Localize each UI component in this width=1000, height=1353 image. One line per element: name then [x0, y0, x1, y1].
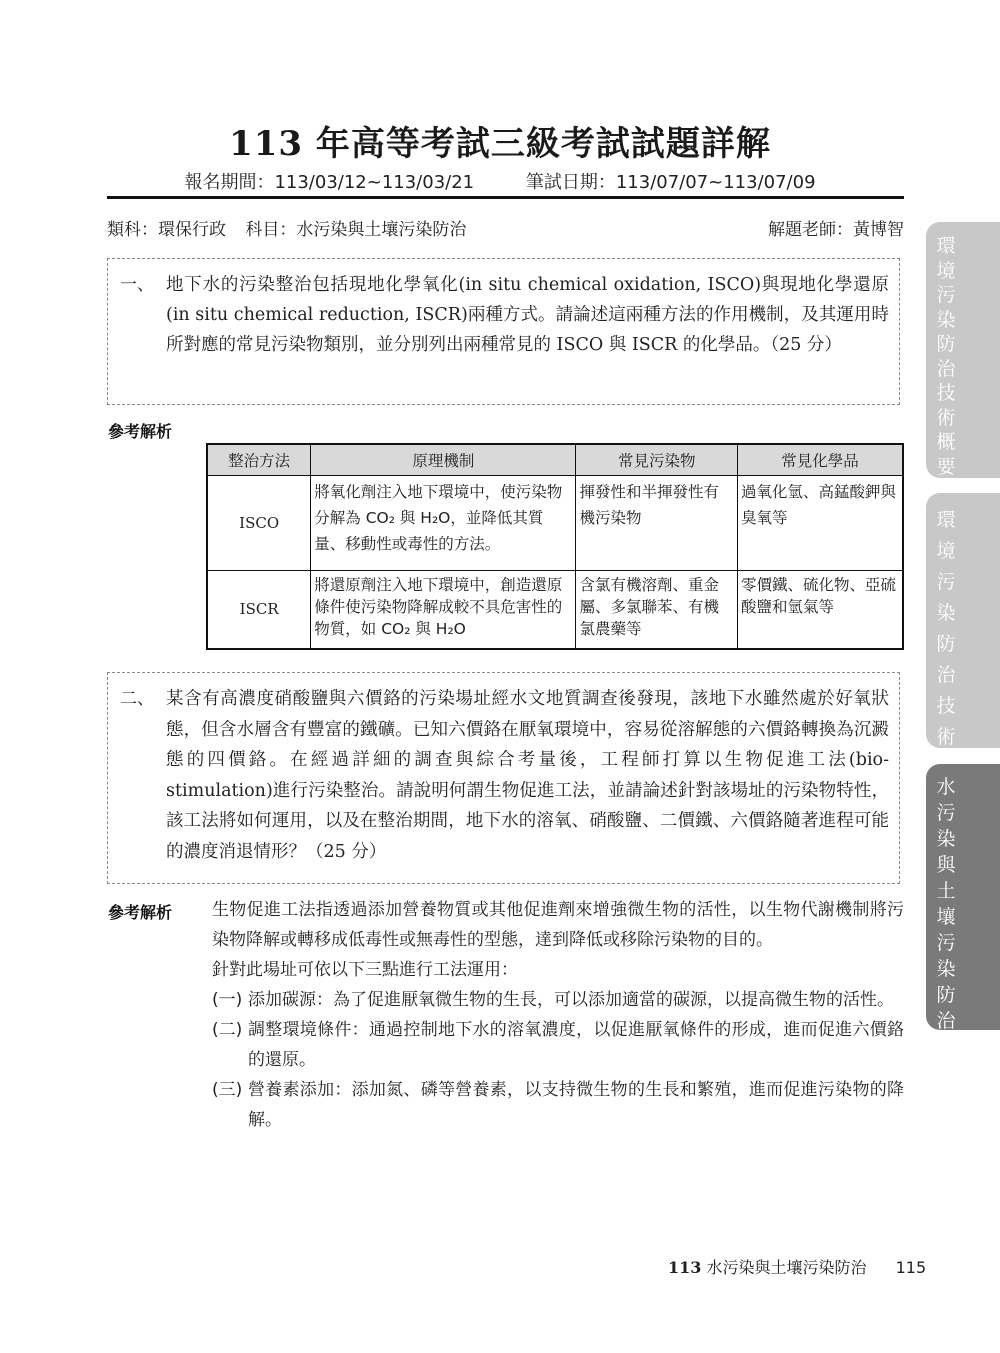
chapter-tab-technology-overview[interactable]: 環境污染防治技術概要 [926, 222, 1000, 478]
answer-intro: 生物促進工法指透過添加營養物質或其他促進劑來增強微生物的活性，以生物代謝機制將污… [212, 895, 904, 955]
question-1-box: 一、 地下水的污染整治包括現地化學氧化(in situ chemical oxi… [107, 258, 900, 405]
answer-list-item: (二) 調整環境條件：通過控制地下水的溶氧濃度，以促進厭氧條件的形成，進而促進六… [212, 1015, 904, 1075]
question-number: 二、 [120, 684, 154, 709]
mechanism-cell: 將還原劑注入地下環境中，創造還原條件使污染物降解成較不具危害性的物質，如 CO₂… [311, 571, 576, 649]
pollutants-cell: 含氯有機溶劑、重金屬、多氯聯苯、有機氯農藥等 [576, 571, 738, 649]
title-divider [107, 196, 904, 199]
list-text: 調整環境條件：通過控制地下水的溶氧濃度，以促進厭氧條件的形成，進而促進六價鉻的還… [248, 1020, 904, 1070]
mechanism-cell: 將氧化劑注入地下環境中，使污染物分解為 CO₂ 與 H₂O，並降低其質量、移動性… [311, 476, 576, 571]
teacher: 解題老師：黃博智 [768, 215, 904, 240]
question-number: 一、 [120, 270, 154, 295]
list-marker: (二) [212, 1015, 242, 1045]
pollutants-cell: 揮發性和半揮發性有機污染物 [576, 476, 738, 571]
table-row: ISCR 將還原劑注入地下環境中，創造還原條件使污染物降解成較不具危害性的物質，… [207, 571, 903, 649]
column-header: 常見污染物 [576, 444, 738, 476]
list-text: 添加碳源：為了促進厭氧微生物的生長，可以添加適當的碳源，以提高微生物的活性。 [248, 990, 894, 1010]
chemicals-cell: 零價鐵、硫化物、亞硫酸鹽和氫氣等 [737, 571, 903, 649]
answer-body: 生物促進工法指透過添加營養物質或其他促進劑來增強微生物的活性，以生物代謝機制將污… [212, 895, 904, 1135]
page-title: 113 年高等考試三級考試試題詳解 [0, 116, 1000, 165]
answer-list-item: (三) 營養素添加：添加氮、磷等營養素，以支持微生物的生長和繁殖，進而促進污染物… [212, 1075, 904, 1135]
column-header: 整治方法 [207, 444, 311, 476]
question-text: 地下水的污染整治包括現地化學氧化(in situ chemical oxidat… [166, 270, 889, 360]
chapter-tab-technology[interactable]: 環境污染防治技術 [926, 493, 1000, 748]
chapter-tab-water-soil-pollution[interactable]: 水污染與土壤污染防治 [926, 764, 1000, 1030]
page-number: 115 [896, 1258, 927, 1277]
column-header: 原理機制 [311, 444, 576, 476]
method-cell: ISCR [207, 571, 311, 649]
category: 類科：環保行政 [107, 220, 226, 240]
column-header: 常見化學品 [737, 444, 903, 476]
reference-answer-label: 參考解析 [108, 419, 172, 442]
tab-label: 環境污染防治技術 [934, 505, 958, 753]
table-row: ISCO 將氧化劑注入地下環境中，使污染物分解為 CO₂ 與 H₂O，並降低其質… [207, 476, 903, 571]
question-2-box: 二、 某含有高濃度硝酸鹽與六價鉻的污染場址經水文地質調查後發現，該地下水雖然處於… [107, 672, 900, 884]
tab-label: 水污染與土壤污染防治 [934, 774, 958, 1034]
tab-label: 環境污染防治技術概要 [934, 234, 958, 479]
footer-year: 113 [668, 1258, 701, 1277]
exam-meta: 類科：環保行政 科目：水污染與土壤污染防治 解題老師：黃博智 [107, 215, 904, 239]
answer-table: 整治方法 原理機制 常見污染物 常見化學品 ISCO 將氧化劑注入地下環境中，使… [206, 443, 904, 650]
exam-dates: 筆試日期：113/07/07~113/07/09 [526, 172, 816, 193]
answer-list-item: (一) 添加碳源：為了促進厭氧微生物的生長，可以添加適當的碳源，以提高微生物的活… [212, 985, 904, 1015]
subject: 科目：水污染與土壤污染防治 [245, 220, 466, 240]
list-marker: (三) [212, 1075, 242, 1105]
chemicals-cell: 過氧化氫、高錳酸鉀與臭氧等 [737, 476, 903, 571]
list-marker: (一) [212, 985, 242, 1015]
registration-period: 報名期間：113/03/12~113/03/21 [184, 172, 474, 193]
reference-answer-label: 參考解析 [108, 900, 172, 923]
footer-subject: 水污染與土壤污染防治 [707, 1258, 867, 1277]
table-header-row: 整治方法 原理機制 常見污染物 常見化學品 [207, 444, 903, 476]
list-text: 營養素添加：添加氮、磷等營養素，以支持微生物的生長和繁殖，進而促進污染物的降解。 [248, 1080, 904, 1130]
method-cell: ISCO [207, 476, 311, 571]
question-text: 某含有高濃度硝酸鹽與六價鉻的污染場址經水文地質調查後發現，該地下水雖然處於好氧狀… [166, 684, 889, 867]
answer-lead: 針對此場址可依以下三點進行工法運用： [212, 955, 904, 985]
exam-schedule: 報名期間：113/03/12~113/03/21 筆試日期：113/07/07~… [0, 168, 1000, 194]
page-footer: 113 水污染與土壤污染防治 115 [668, 1255, 926, 1278]
